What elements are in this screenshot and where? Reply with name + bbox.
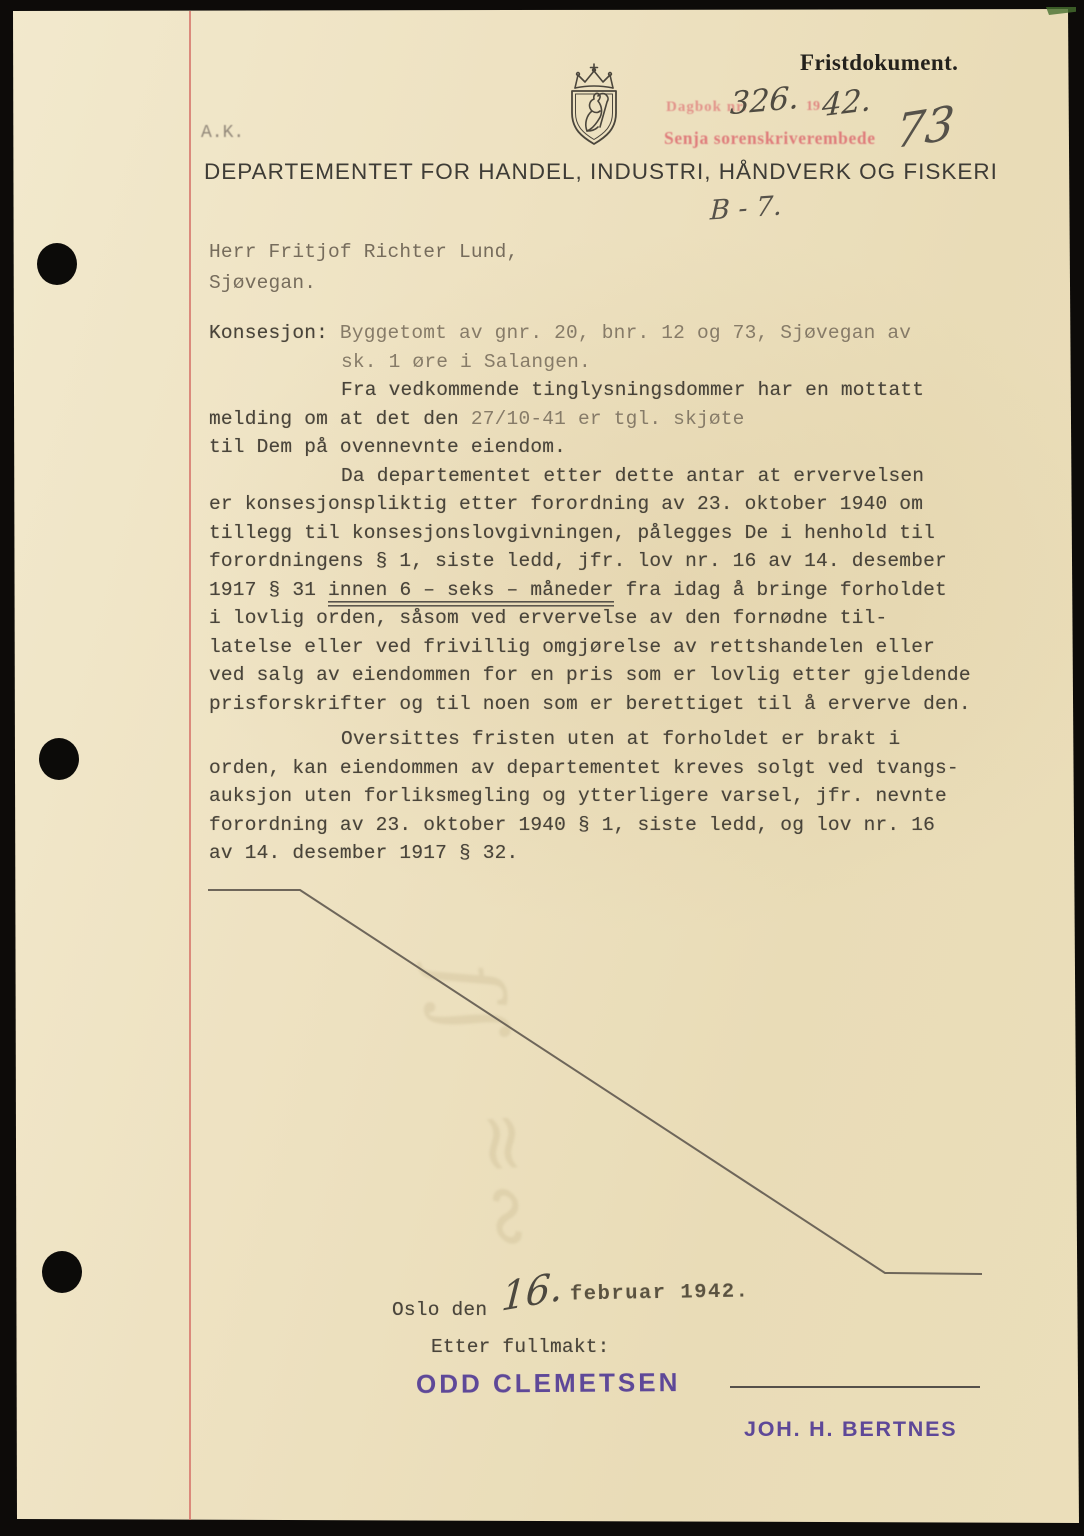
body-text-segment: Oversittes fristen uten at forholdet er … <box>341 728 900 750</box>
body-text-segment: Konsesjon: <box>209 322 340 344</box>
body-text-segment: Fra vedkommende tinglysningsdommer har e… <box>341 379 924 401</box>
norway-coat-of-arms-icon <box>561 63 627 151</box>
body-text-segment: 27/10-41 er tgl. skjøte <box>471 408 745 430</box>
hole-punch <box>42 1251 82 1293</box>
date-place-label: Oslo den <box>392 1299 487 1321</box>
body-text-segment: forordning av 23. oktober 1940 § 1, sist… <box>209 814 935 836</box>
body-line: til Dem på ovennevnte eiendom. <box>209 433 1009 462</box>
journal-number-handwritten: 326. <box>729 80 800 122</box>
body-text-segment: i lovlig orden, såsom ved ervervelse av … <box>209 607 887 629</box>
body-text-segment: til Dem på ovennevnte eiendom. <box>209 436 566 458</box>
body-text-segment: orden, kan eiendommen av departementet k… <box>209 757 959 779</box>
body-text-segment: latelse eller ved frivillig omgjørelse a… <box>209 636 935 658</box>
signature-line <box>730 1386 980 1388</box>
signer-name-stamp: ODD CLEMETSEN <box>416 1367 681 1400</box>
body-text-segment: auksjon uten forliksmegling og ytterlige… <box>209 785 947 807</box>
body-text-segment: av 14. desember 1917 § 32. <box>209 842 518 864</box>
body-text-segment: Byggetomt av gnr. 20, bnr. 12 og 73, Sjø… <box>340 322 911 344</box>
body-text: Konsesjon: Byggetomt av gnr. 20, bnr. 12… <box>209 319 1009 868</box>
body-line: Oversittes fristen uten at forholdet er … <box>209 725 1009 754</box>
body-text-segment: 1917 § 31 <box>209 579 328 601</box>
recipient-name: Herr Fritjof Richter Lund, <box>209 237 518 268</box>
body-line: i lovlig orden, såsom ved ervervelse av … <box>209 604 1009 633</box>
body-line: tillegg til konsesjonslovgivningen, påle… <box>209 519 1009 548</box>
sender-letterhead: DEPARTEMENTET FOR HANDEL, INDUSTRI, HÅND… <box>204 159 998 185</box>
body-line: Fra vedkommende tinglysningsdommer har e… <box>209 376 1009 405</box>
body-text-segment: melding om at det den <box>209 408 471 430</box>
hole-punch <box>39 738 79 780</box>
authority-line: Etter fullmakt: <box>431 1336 610 1358</box>
body-line: latelse eller ved frivillig omgjørelse a… <box>209 633 1009 662</box>
scanned-document-page: Fristdokument. Dagbok nr. 326. 19 42. Se… <box>0 0 1084 1536</box>
body-line: forordningens § 1, siste ledd, jfr. lov … <box>209 547 1009 576</box>
body-line: Da departementet etter dette antar at er… <box>209 462 1009 491</box>
body-line: prisforskrifter og til noen som er beret… <box>209 690 1009 719</box>
body-line: auksjon uten forliksmegling og ytterlige… <box>209 782 1009 811</box>
journal-stamp-office: Senja sorenskriverembede <box>664 128 876 149</box>
body-line: orden, kan eiendommen av departementet k… <box>209 754 1009 783</box>
classification-label: Fristdokument. <box>800 50 958 76</box>
body-line: ved salg av eiendommen for en pris som e… <box>209 661 1009 690</box>
journal-stamp-year-prefix: 19 <box>806 99 820 115</box>
body-text-segment: fra idag å bringe forholdet <box>614 579 947 601</box>
page-number-handwritten: 73 <box>894 95 957 160</box>
body-text-segment: forordningens § 1, siste ledd, jfr. lov … <box>209 550 947 572</box>
body-text-segment: tillegg til konsesjonslovgivningen, påle… <box>209 522 935 544</box>
body-text-segment: er konsesjonspliktig etter forordning av… <box>209 493 923 515</box>
body-line: 1917 § 31 innen 6 – seks – måneder fra i… <box>209 576 1009 605</box>
margin-line <box>189 11 191 1520</box>
corner-note: A.K. <box>201 123 244 143</box>
body-line: melding om at det den 27/10-41 er tgl. s… <box>209 405 1009 434</box>
journal-year-handwritten: 42. <box>821 82 872 125</box>
body-line: sk. 1 øre i Salangen. <box>209 348 1009 377</box>
body-text-segment: ved salg av eiendommen for en pris som e… <box>209 664 971 686</box>
file-ref-handwritten: B - 7. <box>710 190 783 226</box>
date-month-year-stamp: februar 1942. <box>570 1280 750 1306</box>
countersigner-name-stamp: JOH. H. BERTNES <box>744 1417 957 1442</box>
body-line: av 14. desember 1917 § 32. <box>209 839 1009 868</box>
hole-punch <box>37 243 77 285</box>
recipient-address: Herr Fritjof Richter Lund, Sjøvegan. <box>209 237 518 299</box>
body-line: Konsesjon: Byggetomt av gnr. 20, bnr. 12… <box>209 319 1009 348</box>
recipient-place: Sjøvegan. <box>209 268 518 299</box>
body-text-segment: Da departementet etter dette antar at er… <box>341 465 924 487</box>
body-text-segment: sk. 1 øre i Salangen. <box>341 351 591 373</box>
body-line: er konsesjonspliktig etter forordning av… <box>209 490 1009 519</box>
body-text-segment: prisforskrifter og til noen som er beret… <box>209 693 971 715</box>
body-line: forordning av 23. oktober 1940 § 1, sist… <box>209 811 1009 840</box>
